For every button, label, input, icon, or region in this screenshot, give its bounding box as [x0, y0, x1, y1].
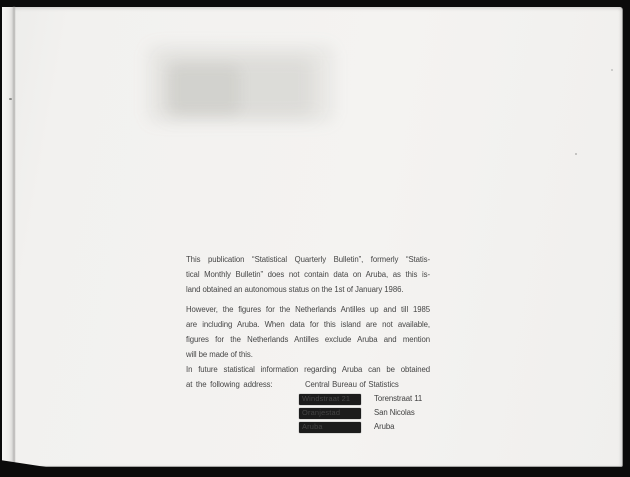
paragraph-2: However, the figures for the Netherlands… — [186, 302, 430, 362]
text-line: will be made of this. — [186, 347, 430, 362]
redacted-text: Windstraat 21 — [302, 392, 350, 406]
text-line: In future statistical information regard… — [186, 362, 430, 377]
address-intro-label: at the following address: — [186, 380, 273, 389]
text-line: However, the figures for the Netherlands… — [186, 302, 430, 317]
text-line: tical Monthly Bulletin” does not contain… — [186, 267, 430, 282]
bleedthrough-ghost — [170, 65, 240, 115]
redaction-bar: Windstraat 21 — [299, 394, 361, 405]
redacted-text: Aruba — [302, 420, 323, 434]
dust-speck — [9, 98, 12, 100]
address-intro-line: at the following address: Central Bureau… — [186, 377, 430, 392]
dust-speck — [611, 69, 613, 71]
text-block: This publication “Statistical Quarterly … — [186, 252, 430, 434]
bureau-name: Central Bureau of Statistics — [305, 377, 399, 392]
spine-shadow — [13, 7, 15, 466]
dust-speck — [575, 153, 577, 155]
scan-background: This publication “Statistical Quarterly … — [0, 0, 630, 477]
paragraph-3: In future statistical information regard… — [186, 362, 430, 392]
address-row: Aruba Aruba — [186, 420, 430, 434]
address-row: Oranjestad San Nicolas — [186, 406, 430, 420]
address-block: Windstraat 21 Torenstraat 11 Oranjestad … — [186, 392, 430, 434]
redaction-bar: Oranjestad — [299, 408, 361, 419]
address-row: Windstraat 21 Torenstraat 11 — [186, 392, 430, 406]
page: This publication “Statistical Quarterly … — [2, 7, 623, 467]
address-label: San Nicolas — [374, 406, 415, 420]
text-line: are including Aruba. When data for this … — [186, 317, 430, 332]
address-label: Torenstraat 11 — [374, 392, 422, 406]
previous-page-edge — [2, 7, 13, 466]
address-label: Aruba — [374, 420, 394, 434]
redacted-text: Oranjestad — [302, 406, 340, 420]
text-line: This publication “Statistical Quarterly … — [186, 252, 430, 267]
paragraph-1: This publication “Statistical Quarterly … — [186, 252, 430, 297]
redaction-bar: Aruba — [299, 422, 361, 433]
text-line: land obtained an autonomous status on th… — [186, 282, 430, 297]
text-line: figures for the Netherlands Antilles exc… — [186, 332, 430, 347]
